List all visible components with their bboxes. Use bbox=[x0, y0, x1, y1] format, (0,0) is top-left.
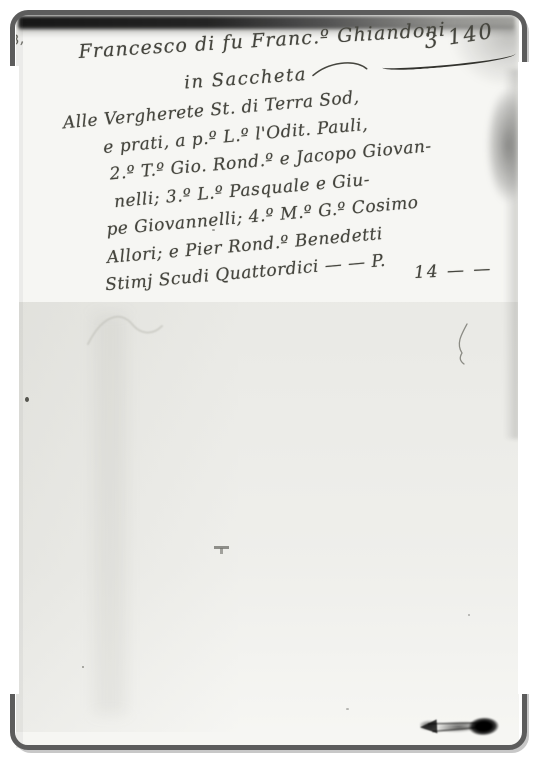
place-line-text: in Saccheta bbox=[183, 64, 307, 94]
paper-lower-shading bbox=[16, 302, 519, 732]
ink-speck bbox=[212, 229, 215, 231]
amount-value: 14 — — bbox=[414, 259, 493, 283]
ink-smudge-streak bbox=[428, 722, 486, 725]
ink-speck bbox=[468, 614, 470, 616]
flourish-stroke-icon bbox=[310, 60, 369, 85]
paper-right-stain bbox=[472, 76, 518, 241]
small-pen-mark bbox=[214, 546, 229, 549]
scanned-document-view: 8, Francesco di fu Franc.º Ghiandoni 3 1… bbox=[0, 0, 537, 760]
scan-frame-gap-right bbox=[518, 62, 537, 694]
body-text: Alle Vergherete St. di Terra Sod, e prat… bbox=[44, 76, 469, 304]
scan-frame-gap-left bbox=[0, 66, 19, 694]
ghost-pen-stroke bbox=[76, 304, 172, 358]
ink-speck bbox=[82, 666, 84, 668]
ink-speck bbox=[25, 397, 29, 402]
ink-smudge bbox=[419, 709, 506, 743]
document-page: 8, Francesco di fu Franc.º Ghiandoni 3 1… bbox=[16, 14, 519, 748]
paper-fold-band bbox=[94, 314, 126, 714]
ink-smudge-streak bbox=[432, 726, 484, 733]
pen-stroke-mark bbox=[452, 322, 474, 372]
ink-speck bbox=[346, 708, 349, 710]
